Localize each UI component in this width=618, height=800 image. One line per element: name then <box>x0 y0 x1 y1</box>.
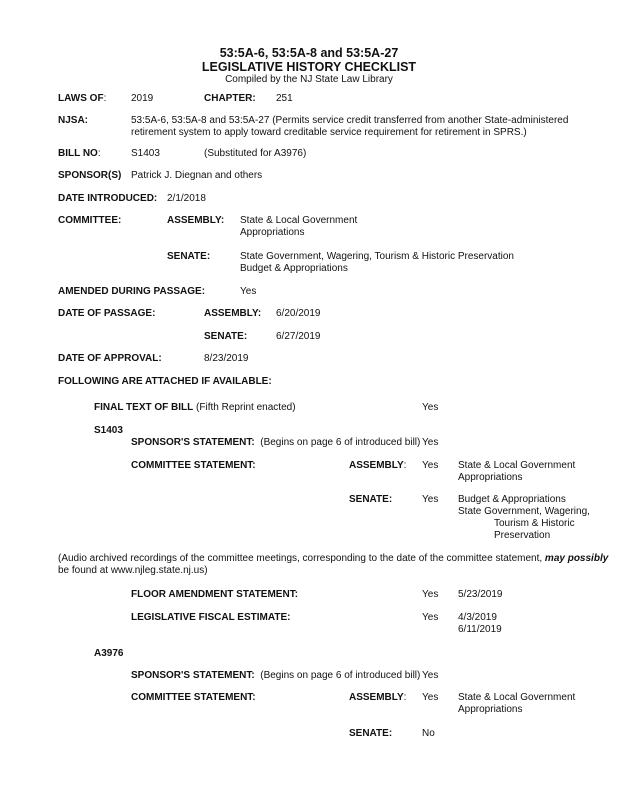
s1403-cs-assembly-desc-2: Appropriations <box>458 472 522 484</box>
a3976-cs-assembly-label: ASSEMBLY: <box>349 692 406 704</box>
floor-amendment-label: FLOOR AMENDMENT STATEMENT: <box>131 589 298 601</box>
floor-amendment-value: Yes <box>422 589 438 601</box>
njsa-label: NJSA: <box>58 115 88 127</box>
a3976-sponsor-statement: SPONSOR'S STATEMENT: (Begins on page 6 o… <box>131 670 420 682</box>
bill-substitution-note: (Substituted for A3976) <box>204 148 306 160</box>
s1403-cs-senate-label: SENATE: <box>349 494 392 506</box>
attached-heading: FOLLOWING ARE ATTACHED IF AVAILABLE: <box>58 376 272 388</box>
sponsors-label: SPONSOR(S) <box>58 170 121 182</box>
floor-amendment-date: 5/23/2019 <box>458 589 503 601</box>
committee-assembly-1: State & Local Government <box>240 215 357 227</box>
njsa-line-1: 53:5A-6, 53:5A-8 and 53:5A-27 (Permits s… <box>131 115 568 127</box>
final-text-label: FINAL TEXT OF BILL (Fifth Reprint enacte… <box>94 402 296 414</box>
amended-label: AMENDED DURING PASSAGE: <box>58 286 205 298</box>
chapter-label: CHAPTER: <box>204 93 256 105</box>
fiscal-estimate-label: LEGISLATIVE FISCAL ESTIMATE: <box>131 612 290 624</box>
s1403-cs-assembly-desc-1: State & Local Government <box>458 460 575 472</box>
document-subtitle: Compiled by the NJ State Law Library <box>0 74 618 86</box>
sponsors-value: Patrick J. Diegnan and others <box>131 170 262 182</box>
passage-assembly-label: ASSEMBLY: <box>204 308 261 320</box>
a3976-cs-senate-value: No <box>422 728 435 740</box>
laws-of-label: LAWS OF: <box>58 93 106 105</box>
fiscal-estimate-value: Yes <box>422 612 438 624</box>
a3976-cs-assembly-value: Yes <box>422 692 438 704</box>
s1403-cs-assembly-value: Yes <box>422 460 438 472</box>
s1403-sponsor-statement-value: Yes <box>422 437 438 449</box>
bill-no-label: BILL NO: <box>58 148 101 160</box>
document-title: 53:5A-6, 53:5A-8 and 53:5A-27 <box>0 46 618 60</box>
s1403-committee-statement-label: COMMITTEE STATEMENT: <box>131 460 256 472</box>
date-introduced-value: 2/1/2018 <box>167 193 206 205</box>
s1403-cs-senate-desc-1: Budget & Appropriations <box>458 494 566 506</box>
committee-senate-1: State Government, Wagering, Tourism & Hi… <box>240 251 514 263</box>
final-text-value: Yes <box>422 402 438 414</box>
fiscal-estimate-date-1: 4/3/2019 <box>458 612 497 624</box>
chapter-value: 251 <box>276 93 293 105</box>
njsa-line-2: retirement system to apply toward credit… <box>131 127 527 139</box>
date-of-approval-label: DATE OF APPROVAL: <box>58 353 162 365</box>
committee-senate-label: SENATE: <box>167 251 210 263</box>
committee-assembly-label: ASSEMBLY: <box>167 215 224 227</box>
s1403-cs-assembly-label: ASSEMBLY: <box>349 460 406 472</box>
fiscal-estimate-date-2: 6/11/2019 <box>458 624 502 636</box>
a3976-cs-senate-label: SENATE: <box>349 728 392 740</box>
a3976-cs-assembly-desc-1: State & Local Government <box>458 692 575 704</box>
date-of-approval-value: 8/23/2019 <box>204 353 249 365</box>
audio-note-line-2: be found at www.njleg.state.nj.us) <box>58 565 208 577</box>
passage-senate-date: 6/27/2019 <box>276 331 321 343</box>
laws-of-value: 2019 <box>131 93 153 105</box>
a3976-sponsor-statement-value: Yes <box>422 670 438 682</box>
amended-value: Yes <box>240 286 256 298</box>
a3976-cs-assembly-desc-2: Appropriations <box>458 704 522 716</box>
document-heading: LEGISLATIVE HISTORY CHECKLIST <box>0 60 618 74</box>
s1403-sponsor-statement: SPONSOR'S STATEMENT: (Begins on page 6 o… <box>131 437 420 449</box>
date-of-passage-label: DATE OF PASSAGE: <box>58 308 155 320</box>
audio-note-line-1: (Audio archived recordings of the commit… <box>58 553 608 565</box>
date-introduced-label: DATE INTRODUCED: <box>58 193 157 205</box>
passage-senate-label: SENATE: <box>204 331 247 343</box>
a3976-heading: A3976 <box>94 648 123 660</box>
committee-label: COMMITTEE: <box>58 215 121 227</box>
s1403-heading: S1403 <box>94 425 123 437</box>
a3976-committee-statement-label: COMMITTEE STATEMENT: <box>131 692 256 704</box>
committee-senate-2: Budget & Appropriations <box>240 263 348 275</box>
s1403-cs-senate-value: Yes <box>422 494 438 506</box>
s1403-cs-senate-desc-4: Preservation <box>494 530 550 542</box>
committee-assembly-2: Appropriations <box>240 227 304 239</box>
s1403-cs-senate-desc-2: State Government, Wagering, <box>458 506 590 518</box>
s1403-cs-senate-desc-3: Tourism & Historic <box>494 518 575 530</box>
bill-no-value: S1403 <box>131 148 160 160</box>
passage-assembly-date: 6/20/2019 <box>276 308 321 320</box>
